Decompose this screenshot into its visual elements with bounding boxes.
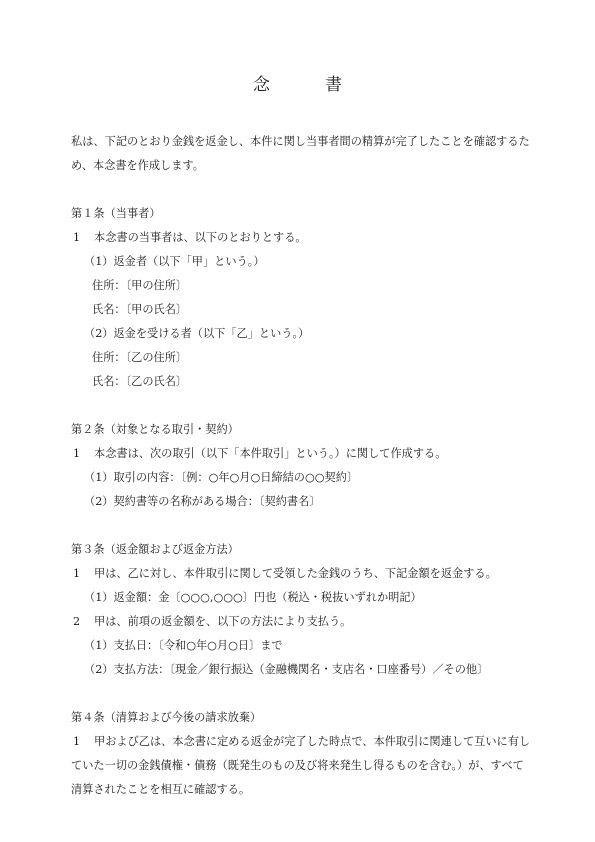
article-4: 第４条（清算および今後の請求放棄） 1甲および乙は、本念書に定める返金が完了した… (71, 706, 526, 802)
spacer (71, 682, 526, 706)
address-field: 住所：〔乙の住所〕 (71, 346, 526, 370)
document-page: 念 書 私は、下記のとおり金銭を返金し、本件に関し当事者間の精算が完了したことを… (0, 0, 595, 842)
clause-number: 1 (71, 730, 94, 754)
article-2: 第２条（対象となる取引・契約） 1本念書は、次の取引（以下「本件取引」という。）… (71, 418, 526, 514)
spacer (71, 178, 526, 202)
article-3: 第３条（返金額および返金方法） 1甲は、乙に対し、本件取引に関して受領した金銭の… (71, 538, 526, 682)
item-label: （2）支払方法：〔現金／銀行振込（金融機関名・支店名・口座番号）／その他〕 (71, 658, 526, 682)
clause-line-2: ていた一切の金銭債権・債務（既発生のもの及び将来発生し得るものを含む。）が、すべ… (71, 754, 526, 778)
article-1: 第１条（当事者） 1本念書の当事者は、以下のとおりとする。 （1）返金者（以下「… (71, 202, 526, 394)
item-label: （1）取引の内容：〔例：○年○月○日締結の○○契約〕 (71, 466, 526, 490)
clause: 2甲は、前項の返金額を、以下の方法により支払う。 (71, 610, 526, 634)
clause-number: 1 (71, 562, 94, 586)
article-heading: 第３条（返金額および返金方法） (71, 538, 526, 562)
item-label: （1）返金額：金〔○○○,○○○〕円也（税込・税抜いずれか明記） (71, 586, 526, 610)
address-field: 住所：〔甲の住所〕 (71, 274, 526, 298)
spacer (71, 394, 526, 418)
item-label: （1）支払日：〔令和○年○月○日〕まで (71, 634, 526, 658)
name-field: 氏名：〔甲の氏名〕 (71, 298, 526, 322)
document-body: 私は、下記のとおり金銭を返金し、本件に関し当事者間の精算が完了したことを確認する… (71, 130, 526, 802)
clause: 1甲は、乙に対し、本件取引に関して受領した金銭のうち、下記金額を返金する。 (71, 562, 526, 586)
spacer (71, 514, 526, 538)
article-heading: 第４条（清算および今後の請求放棄） (71, 706, 526, 730)
clause-number: 2 (71, 610, 94, 634)
item-label: （2）契約書等の名称がある場合：〔契約書名〕 (71, 490, 526, 514)
clause-line-1: 1甲および乙は、本念書に定める返金が完了した時点で、本件取引に関連して互いに有し (71, 730, 526, 754)
clause: 1本念書の当事者は、以下のとおりとする。 (71, 226, 526, 250)
clause-text: 甲は、乙に対し、本件取引に関して受領した金銭のうち、下記金額を返金する。 (94, 567, 497, 580)
clause-number: 1 (71, 442, 94, 466)
item-label: （1）返金者（以下「甲」という。） (71, 250, 526, 274)
clause: 1本念書は、次の取引（以下「本件取引」という。）に関して作成する。 (71, 442, 526, 466)
item-label: （2）返金を受ける者（以下「乙」という。） (71, 322, 526, 346)
clause-number: 1 (71, 226, 94, 250)
article-heading: 第１条（当事者） (71, 202, 526, 226)
clause-line-3: 清算されたことを相互に確認する。 (71, 778, 526, 802)
clause-text: 本念書は、次の取引（以下「本件取引」という。）に関して作成する。 (94, 447, 446, 460)
clause-text: 甲および乙は、本念書に定める返金が完了した時点で、本件取引に関連して互いに有し (94, 735, 530, 748)
intro-line-1: 私は、下記のとおり金銭を返金し、本件に関し当事者間の精算が完了したことを確認する… (71, 130, 526, 154)
document-title: 念 書 (0, 74, 595, 96)
clause-text: 甲は、前項の返金額を、以下の方法により支払う。 (94, 615, 351, 628)
article-heading: 第２条（対象となる取引・契約） (71, 418, 526, 442)
clause-text: 本念書の当事者は、以下のとおりとする。 (94, 231, 307, 244)
name-field: 氏名：〔乙の氏名〕 (71, 370, 526, 394)
intro-line-2: め、本念書を作成します。 (71, 154, 526, 178)
